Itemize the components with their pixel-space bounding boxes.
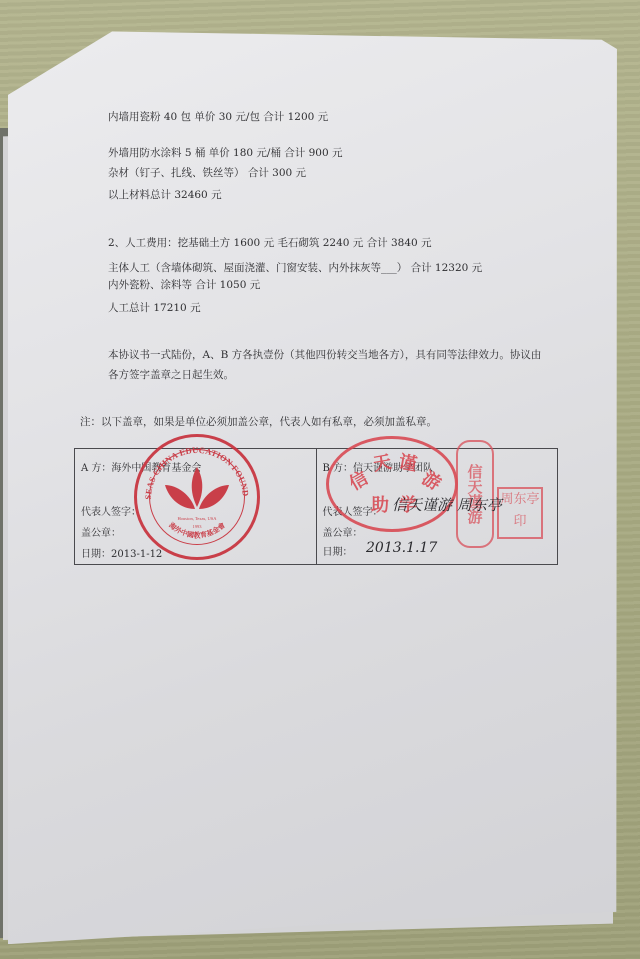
seal-char: 游 — [418, 464, 447, 496]
seal-char: 谨 — [397, 448, 419, 477]
material-line: 外墙用防水涂料 5 桶 单价 180 元/桶 合计 900 元 — [108, 148, 343, 159]
party-a-seal-label: 盖公章： — [81, 524, 121, 539]
party-b-date-handwritten: 2013.1.17 — [366, 540, 437, 556]
seal-char: 信 — [344, 464, 373, 496]
party-b-personal-seal: 周东亭印 — [497, 487, 543, 539]
lotus-emblem-icon: OVERSEAS CHINA EDUCATION FOUNDATION 海外中國… — [137, 437, 257, 557]
seal-char: 天 — [371, 448, 393, 477]
party-b-signature: 信天谨游 周东亭 — [392, 494, 502, 515]
labor-line: 2、人工费用：挖基础土方 1600 元 毛石砌筑 2240 元 合计 3840 … — [108, 238, 432, 249]
material-line: 杂材（钉子、扎线、铁丝等） 合计 300 元 — [108, 168, 306, 179]
party-b-seal-label: 盖公章： — [323, 524, 363, 539]
party-a-rep-label: 代表人签字： — [81, 503, 141, 518]
party-a-seal-stamp: OVERSEAS CHINA EDUCATION FOUNDATION 海外中國… — [134, 434, 260, 560]
svg-text:1993: 1993 — [193, 524, 203, 529]
seal-note: 注：以下盖章，如果是单位必须加盖公章，代表人如有私章，必须加盖私章。 — [80, 414, 437, 429]
agreement-clause-cont: 各方签字盖章之日起生效。 — [108, 370, 234, 381]
materials-total: 以上材料总计 32460 元 — [108, 190, 222, 201]
labor-line: 内外瓷粉、涂料等 合计 1050 元 — [108, 280, 260, 291]
seal-char: 助 — [371, 491, 389, 517]
agreement-clause: 本协议书一式陆份，A、B 方各执壹份（其他四份转交当地各方），具有同等法律效力。… — [108, 350, 541, 361]
svg-text:Houston, Texas, USA: Houston, Texas, USA — [177, 516, 217, 522]
material-line: 内墙用瓷粉 40 包 单价 30 元/包 合计 1200 元 — [108, 112, 328, 123]
labor-line: 主体人工（含墙体砌筑、屋面浇灌、门窗安装、内外抹灰等___） 合计 12320 … — [108, 263, 482, 274]
labor-total: 人工总计 17210 元 — [108, 303, 201, 314]
party-b-date-label: 日期： — [323, 543, 353, 558]
party-b-oval-seal: 信 天 谨 游 助 学 — [326, 436, 458, 532]
